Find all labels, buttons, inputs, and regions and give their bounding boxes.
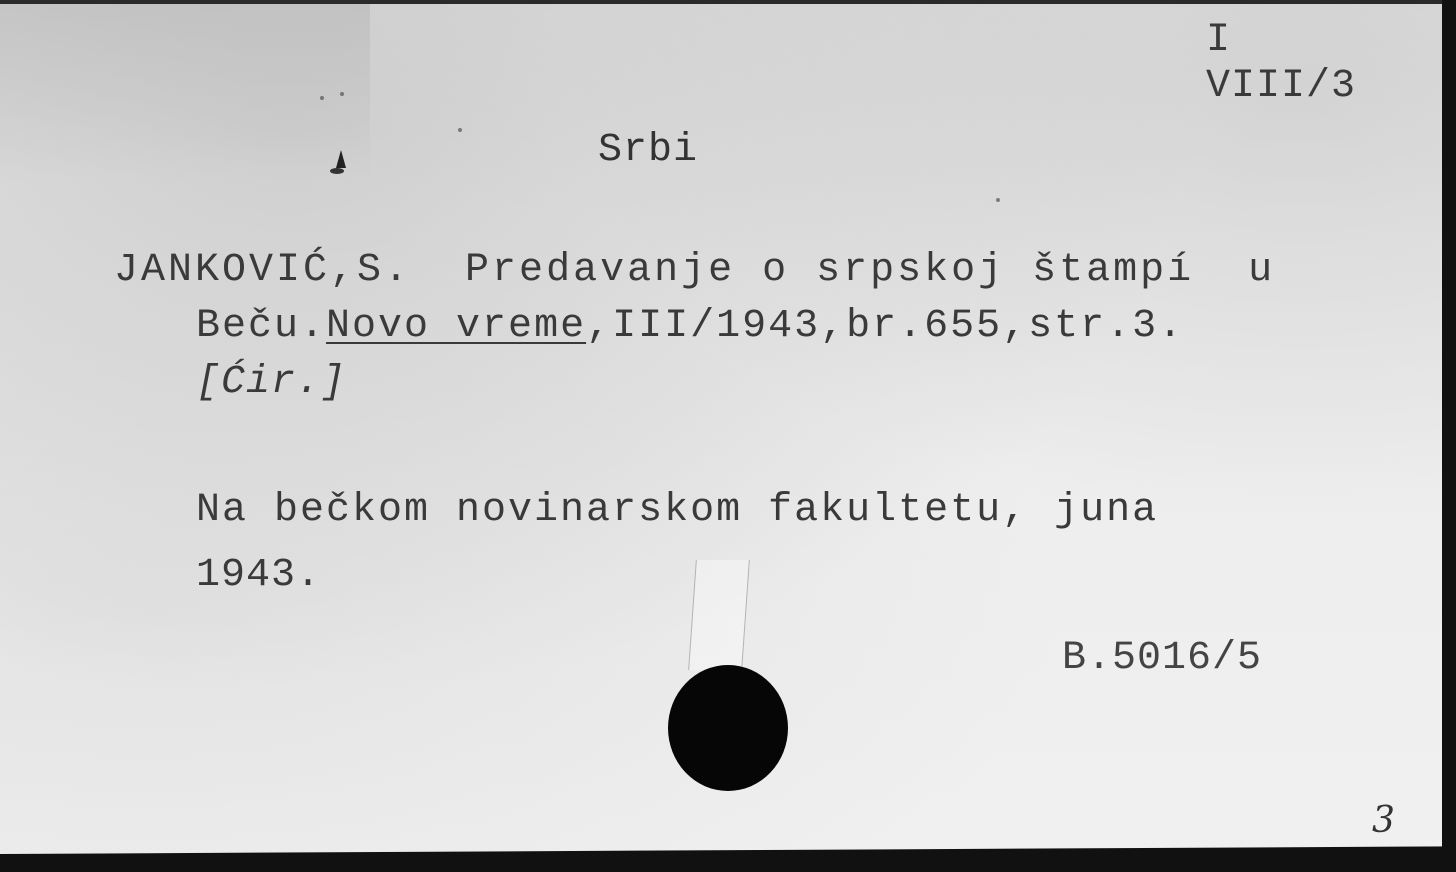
classification-line-2: VIII/3 — [1206, 64, 1356, 109]
speck — [340, 92, 344, 96]
call-number: B.5016/5 — [1062, 636, 1262, 681]
entry-periodical-title: Novo vreme — [326, 304, 586, 349]
entry-issue-details: ,III/1943,br.655,str.3. — [586, 304, 1184, 349]
ink-blot-mark — [330, 168, 344, 174]
subject-heading: Srbi — [598, 128, 698, 173]
card-right-edge — [1442, 0, 1456, 872]
entry-script-note: [Ćir.] — [196, 360, 346, 405]
speck — [996, 198, 1000, 202]
classification-line-1: I — [1206, 18, 1231, 63]
punch-hole — [668, 665, 788, 791]
entry-author-title: JANKOVIĆ,S. Predavanje o srpskoj štampí … — [114, 248, 1275, 293]
note-line-2: 1943. — [196, 553, 321, 598]
entry-place: Beču. — [196, 304, 326, 349]
catalog-card: I VIII/3 Srbi JANKOVIĆ,S. Predavanje o s… — [0, 0, 1444, 856]
paper-tear — [688, 560, 750, 670]
card-top-edge — [0, 0, 1444, 4]
speck — [458, 128, 462, 132]
speck — [320, 96, 324, 100]
page-number: 3 — [1372, 800, 1395, 841]
ink-blot-mark — [336, 150, 346, 168]
entry-source: Beču.Novo vreme,III/1943,br.655,str.3. — [196, 304, 1184, 349]
note-line-1: Na bečkom novinarskom fakultetu, juna — [196, 488, 1158, 533]
